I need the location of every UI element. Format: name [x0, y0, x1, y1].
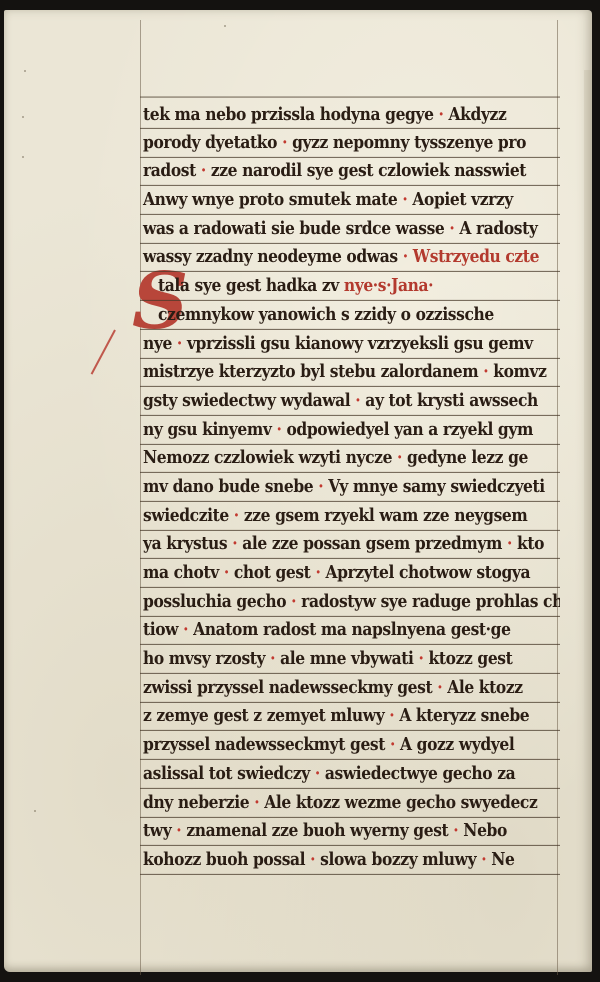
parchment-speck [224, 25, 226, 27]
rubric-punctus: · [219, 561, 234, 582]
rubric-punctus: · [229, 504, 244, 525]
manuscript-line: twy · znamenal zze buoh wyerny gest · Ne… [140, 814, 560, 846]
line-text: mistrzye kterzyzto byl stebu zalordanem [143, 360, 478, 381]
manuscript-line: aslissal tot swiedczy · aswiedectwye gec… [140, 756, 560, 788]
manuscript-line: przyssel nadewsseckmyt gest · A gozz wyd… [140, 728, 560, 760]
rubric-punctus: · [502, 532, 517, 553]
line-text: porody dyetatko [143, 131, 277, 152]
line-text-continued: Ne [491, 848, 514, 869]
rubric-punctus: · [448, 819, 463, 840]
rubric-punctus: · [310, 561, 325, 582]
manuscript-line: swiedczite · zze gsem rzyekl wam zze ney… [140, 498, 560, 530]
line-text-continued: ale zze possan gsem przedmym [242, 532, 502, 553]
rubric-punctus: · [476, 848, 491, 869]
manuscript-line: mistrzye kterzyzto byl stebu zalordanem … [140, 355, 560, 387]
line-text-continued: Anatom radost ma napslnyena gest·ge [193, 619, 510, 640]
parchment-speck [24, 70, 26, 72]
line-text: przyssel nadewsseckmyt gest [143, 733, 385, 754]
manuscript-line: tiow · Anatom radost ma napslnyena gest·… [140, 613, 560, 645]
line-text: aslissal tot swiedczy [143, 762, 310, 783]
rubric-punctus: · [414, 647, 429, 668]
manuscript-line: dny neberzie · Ale ktozz wezme gecho swy… [140, 785, 560, 817]
rubric-punctus: · [286, 590, 301, 611]
line-text: tala sye gest hadka zv [158, 274, 339, 295]
line-text-continued: komvz [493, 360, 546, 381]
line-text-continued: odpowiedyel yan a rzyekl gym [286, 418, 533, 439]
line-text-continued: ktozz gest [429, 647, 513, 668]
manuscript-line: radost · zze narodil sye gest czlowiek n… [140, 154, 560, 186]
line-text: z zemye gest z zemyet mluwy [143, 705, 384, 726]
parchment-speck [22, 116, 24, 118]
rubric-punctus: · [227, 532, 242, 553]
line-text: Anwy wnye proto smutek mate [143, 188, 397, 209]
line-text-continued: znamenal zze buoh wyerny gest [186, 819, 448, 840]
line-text-continued: slowa bozzy mluwy [320, 848, 476, 869]
line-text: zwissi przyssel nadewsseckmy gest [143, 676, 432, 697]
line-text: swiedczite [143, 504, 229, 525]
rubric-punctus: · [434, 103, 449, 124]
line-text: ho mvsy rzosty [143, 647, 265, 668]
rubric-punctus: · [271, 418, 286, 439]
line-text-continued: A radosty [459, 217, 537, 238]
rubric-punctus: · [392, 446, 407, 467]
line-text: possluchia gecho [143, 590, 286, 611]
manuscript-line: ny gsu kinyemv · odpowiedyel yan a rzyek… [140, 412, 560, 444]
manuscript-line: gsty swiedectwy wydawal · ay tot krysti … [140, 383, 560, 415]
line-text: ny gsu kinyemv [143, 418, 271, 439]
line-text: radost [143, 160, 196, 181]
line-text-continued: Ale ktozz [447, 676, 522, 697]
rubric-punctus: · [350, 389, 365, 410]
manuscript-line: porody dyetatko · gyzz nepomny tysszenye… [140, 125, 560, 157]
manuscript-line: tala sye gest hadka zv nye·s·Jana· [140, 269, 560, 301]
rubric-punctus: · [397, 188, 412, 209]
line-text-continued: A kteryzz snebe [399, 705, 529, 726]
line-text: dny neberzie [143, 791, 249, 812]
line-text-continued: ay tot krysti awssech [365, 389, 538, 410]
line-text-continued: Akdyzz [449, 103, 507, 124]
parchment-speck [34, 810, 36, 812]
line-text-continued: ale mne vbywati [280, 647, 413, 668]
rubric-punctus: · [385, 733, 400, 754]
parchment-speck [22, 156, 24, 158]
line-text: kohozz buoh possal [143, 848, 305, 869]
manuscript-line: wassy zzadny neodeyme odwas · Wstrzyedu … [140, 240, 560, 272]
line-text-continued: radostyw sye raduge prohlas cho [301, 590, 560, 611]
line-text-continued: gyzz nepomny tysszenye pro [292, 131, 526, 152]
rubric-text: Wstrzyedu czte [413, 246, 539, 267]
line-text-continued: aswiedectwye gecho za [325, 762, 515, 783]
line-text-continued: Nebo [463, 819, 507, 840]
rubric-punctus: · [171, 819, 186, 840]
line-text: wassy zzadny neodeyme odwas [143, 246, 398, 267]
rubric-text: nye·s·Jana· [339, 274, 433, 295]
line-text: Nemozz czzlowiek wzyti nycze [143, 446, 392, 467]
rubric-punctus: · [265, 647, 280, 668]
manuscript-line: z zemye gest z zemyet mluwy · A kteryzz … [140, 699, 560, 731]
line-text-continued: Vy mnye samy swiedczyeti [328, 475, 545, 496]
line-text-continued: vprzissli gsu kianowy vzrzyeksli gsu gem… [187, 332, 533, 353]
manuscript-line: nye · vprzissli gsu kianowy vzrzyeksli g… [140, 326, 560, 358]
line-text: mv dano bude snebe [143, 475, 313, 496]
manuscript-line: Nemozz czzlowiek wzyti nycze · gedyne le… [140, 441, 560, 473]
manuscript-line: czemnykow yanowich s zzidy o ozzissche [140, 297, 560, 329]
rubric-punctus: · [277, 131, 292, 152]
rubric-punctus: · [478, 360, 493, 381]
rubric-punctus: · [432, 676, 447, 697]
manuscript-line: ma chotv · chot gest · Aprzytel chotwow … [140, 556, 560, 588]
manuscript-line: tek ma nebo przissla hodyna gegye · Akdy… [140, 97, 560, 129]
line-text: tiow [143, 619, 178, 640]
line-text-continued: zze gsem rzyekl wam zze neygsem [244, 504, 528, 525]
line-text: twy [143, 819, 171, 840]
rubric-punctus: · [313, 475, 328, 496]
rubric-punctus: · [178, 619, 193, 640]
line-text: nye [143, 332, 172, 353]
line-text-continued: kto [517, 532, 544, 553]
manuscript-line: possluchia gecho · radostyw sye raduge p… [140, 584, 560, 616]
manuscript-line: ya krystus · ale zze possan gsem przedmy… [140, 527, 560, 559]
line-text-continued: gedyne lezz ge [407, 446, 528, 467]
manuscript-line: ho mvsy rzosty · ale mne vbywati · ktozz… [140, 642, 560, 674]
text-block: tek ma nebo przissla hodyna gegye · Akdy… [140, 100, 560, 875]
line-text-continued: zze narodil sye gest czlowiek nasswiet [211, 160, 526, 181]
manuscript-line: Anwy wnye proto smutek mate · Aopiet vzr… [140, 183, 560, 215]
line-text-continued: chot gest [234, 561, 311, 582]
manuscript-line: kohozz buoh possal · slowa bozzy mluwy ·… [140, 842, 560, 874]
line-text: ya krystus [143, 532, 227, 553]
rubric-punctus: · [310, 762, 325, 783]
rubric-punctus: · [305, 848, 320, 869]
line-text-continued: Ale ktozz wezme gecho swyedecz [264, 791, 537, 812]
line-text-continued: Aprzytel chotwow stogya [325, 561, 530, 582]
rubric-punctus: · [249, 791, 264, 812]
line-text: czemnykow yanowich s zzidy o ozzissche [158, 303, 494, 324]
line-text: tek ma nebo przissla hodyna gegye [143, 103, 434, 124]
line-text: ma chotv [143, 561, 219, 582]
rubric-punctus: · [444, 217, 459, 238]
page-edge [584, 70, 592, 950]
line-text: gsty swiedectwy wydawal [143, 389, 350, 410]
rubric-punctus: · [196, 160, 211, 181]
line-text-continued: A gozz wydyel [400, 733, 514, 754]
rubric-punctus: · [398, 246, 413, 267]
rubric-punctus: · [384, 705, 399, 726]
line-text-continued: Aopiet vzrzy [412, 188, 513, 209]
rubric-punctus: · [172, 332, 187, 353]
line-text: was a radowati sie bude srdce wasse [143, 217, 444, 238]
manuscript-line: mv dano bude snebe · Vy mnye samy swiedc… [140, 469, 560, 501]
